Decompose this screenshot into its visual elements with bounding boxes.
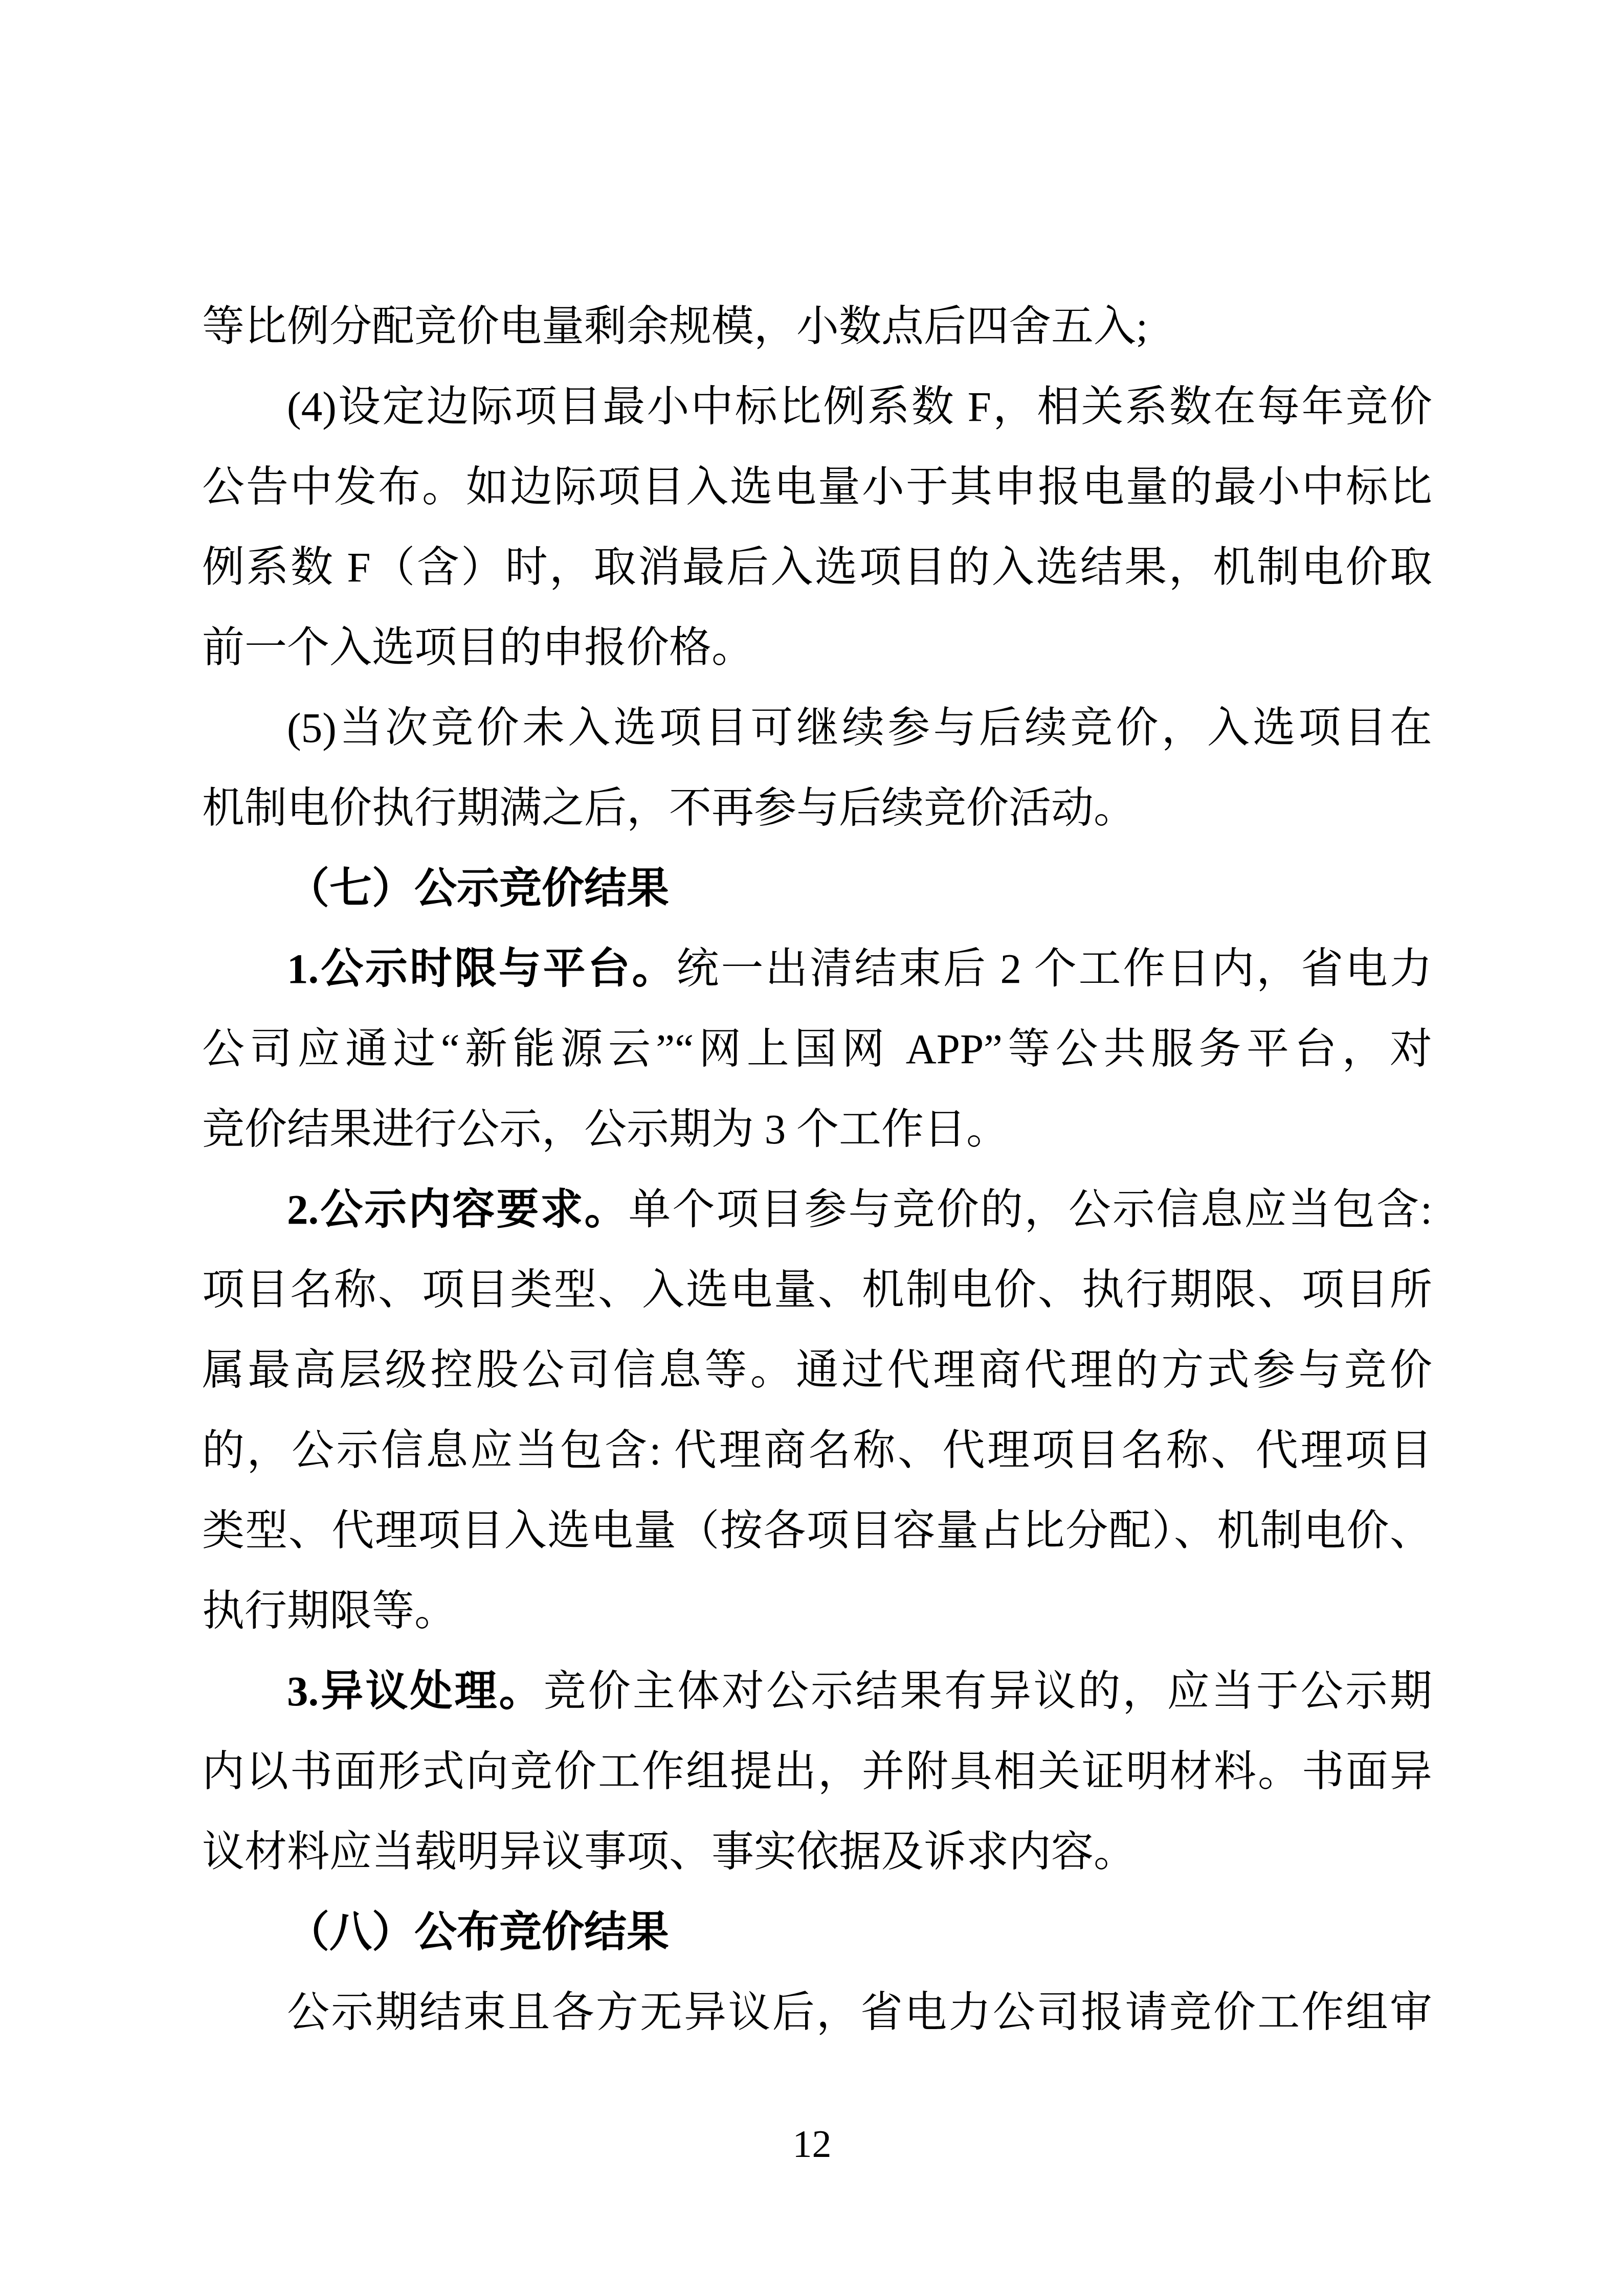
text-line: 竞价结果进行公示，公示期为 3 个工作日。: [202, 1089, 1432, 1169]
text-segment: 前一个入选项目的申报价格。: [202, 624, 754, 671]
text-segment: （七）公示竞价结果: [287, 865, 669, 912]
text-line: 公司应通过“新能源云”“网上国网 APP”等公共服务平台，对: [202, 1009, 1432, 1089]
text-line: 1.公示时限与平台。统一出清结束后 2 个工作日内，省电力: [202, 929, 1432, 1009]
text-line: 属最高层级控股公司信息等。通过代理商代理的方式参与竞价: [202, 1330, 1432, 1410]
text-segment: 公示期结束且各方无异议后，省电力公司报请竞价工作组审: [287, 1989, 1432, 2036]
document-page: 等比例分配竞价电量剩余规模，小数点后四舍五入;(4)设定边际项目最小中标比例系数…: [0, 0, 1624, 2296]
section-heading: （七）公示竞价结果: [202, 848, 1432, 929]
text-segment: 竞价主体对公示结果有异议的，应当于公示期: [544, 1668, 1432, 1715]
text-line: 2.公示内容要求。单个项目参与竞价的，公示信息应当包含:: [202, 1169, 1432, 1250]
text-segment: 的，公示信息应当包含: 代理商名称、代理项目名称、代理项目: [202, 1427, 1432, 1474]
text-segment: 3.异议处理。: [287, 1668, 544, 1715]
text-segment: 属最高层级控股公司信息等。通过代理商代理的方式参与竞价: [202, 1346, 1432, 1393]
page-number: 12: [0, 2121, 1624, 2167]
text-line: 类型、代理项目入选电量（按各项目容量占比分配）、机制电价、: [202, 1491, 1432, 1571]
text-segment: 机制电价执行期满之后，不再参与后续竞价活动。: [202, 784, 1136, 831]
section-heading: （八）公布竞价结果: [202, 1892, 1432, 1972]
text-segment: 议材料应当载明异议事项、事实依据及诉求内容。: [202, 1828, 1136, 1875]
text-line: (5)当次竞价未入选项目可继续参与后续竞价，入选项目在: [202, 688, 1432, 768]
text-line: (4)设定边际项目最小中标比例系数 F，相关系数在每年竞价: [202, 367, 1432, 447]
text-segment: 统一出清结束后 2 个工作日内，省电力: [676, 945, 1432, 992]
text-segment: 项目名称、项目类型、入选电量、机制电价、执行期限、项目所: [202, 1266, 1432, 1313]
text-line: 例系数 F（含）时，取消最后入选项目的入选结果，机制电价取: [202, 527, 1432, 607]
text-segment: 1.公示时限与平台。: [287, 945, 676, 992]
text-segment: (4)设定边际项目最小中标比例系数 F，相关系数在每年竞价: [287, 383, 1432, 430]
text-line: 等比例分配竞价电量剩余规模，小数点后四舍五入;: [202, 286, 1432, 367]
text-segment: 单个项目参与竞价的，公示信息应当包含:: [628, 1186, 1432, 1233]
text-line: 3.异议处理。竞价主体对公示结果有异议的，应当于公示期: [202, 1651, 1432, 1731]
text-segment: 2.公示内容要求。: [287, 1186, 628, 1233]
text-line: 机制电价执行期满之后，不再参与后续竞价活动。: [202, 768, 1432, 848]
text-segment: 等比例分配竞价电量剩余规模，小数点后四舍五入;: [202, 303, 1148, 350]
text-segment: 执行期限等。: [202, 1587, 457, 1634]
text-line: 前一个入选项目的申报价格。: [202, 607, 1432, 688]
text-segment: （八）公布竞价结果: [287, 1908, 669, 1955]
text-segment: 类型、代理项目入选电量（按各项目容量占比分配）、机制电价、: [202, 1507, 1432, 1554]
text-line: 公示期结束且各方无异议后，省电力公司报请竞价工作组审: [202, 1972, 1432, 2053]
text-line: 议材料应当载明异议事项、事实依据及诉求内容。: [202, 1812, 1432, 1892]
text-line: 公告中发布。如边际项目入选电量小于其申报电量的最小中标比: [202, 447, 1432, 527]
text-segment: 公司应通过“新能源云”“网上国网 APP”等公共服务平台，对: [202, 1025, 1432, 1072]
text-line: 的，公示信息应当包含: 代理商名称、代理项目名称、代理项目: [202, 1410, 1432, 1491]
text-segment: (5)当次竞价未入选项目可继续参与后续竞价，入选项目在: [287, 704, 1432, 751]
text-line: 项目名称、项目类型、入选电量、机制电价、执行期限、项目所: [202, 1250, 1432, 1330]
text-segment: 公告中发布。如边际项目入选电量小于其申报电量的最小中标比: [202, 463, 1432, 510]
text-line: 内以书面形式向竞价工作组提出，并附具相关证明材料。书面异: [202, 1731, 1432, 1812]
body-text-block: 等比例分配竞价电量剩余规模，小数点后四舍五入;(4)设定边际项目最小中标比例系数…: [202, 286, 1432, 2053]
text-line: 执行期限等。: [202, 1571, 1432, 1651]
text-segment: 例系数 F（含）时，取消最后入选项目的入选结果，机制电价取: [202, 544, 1432, 591]
text-segment: 竞价结果进行公示，公示期为 3 个工作日。: [202, 1106, 1009, 1153]
text-segment: 内以书面形式向竞价工作组提出，并附具相关证明材料。书面异: [202, 1748, 1432, 1795]
